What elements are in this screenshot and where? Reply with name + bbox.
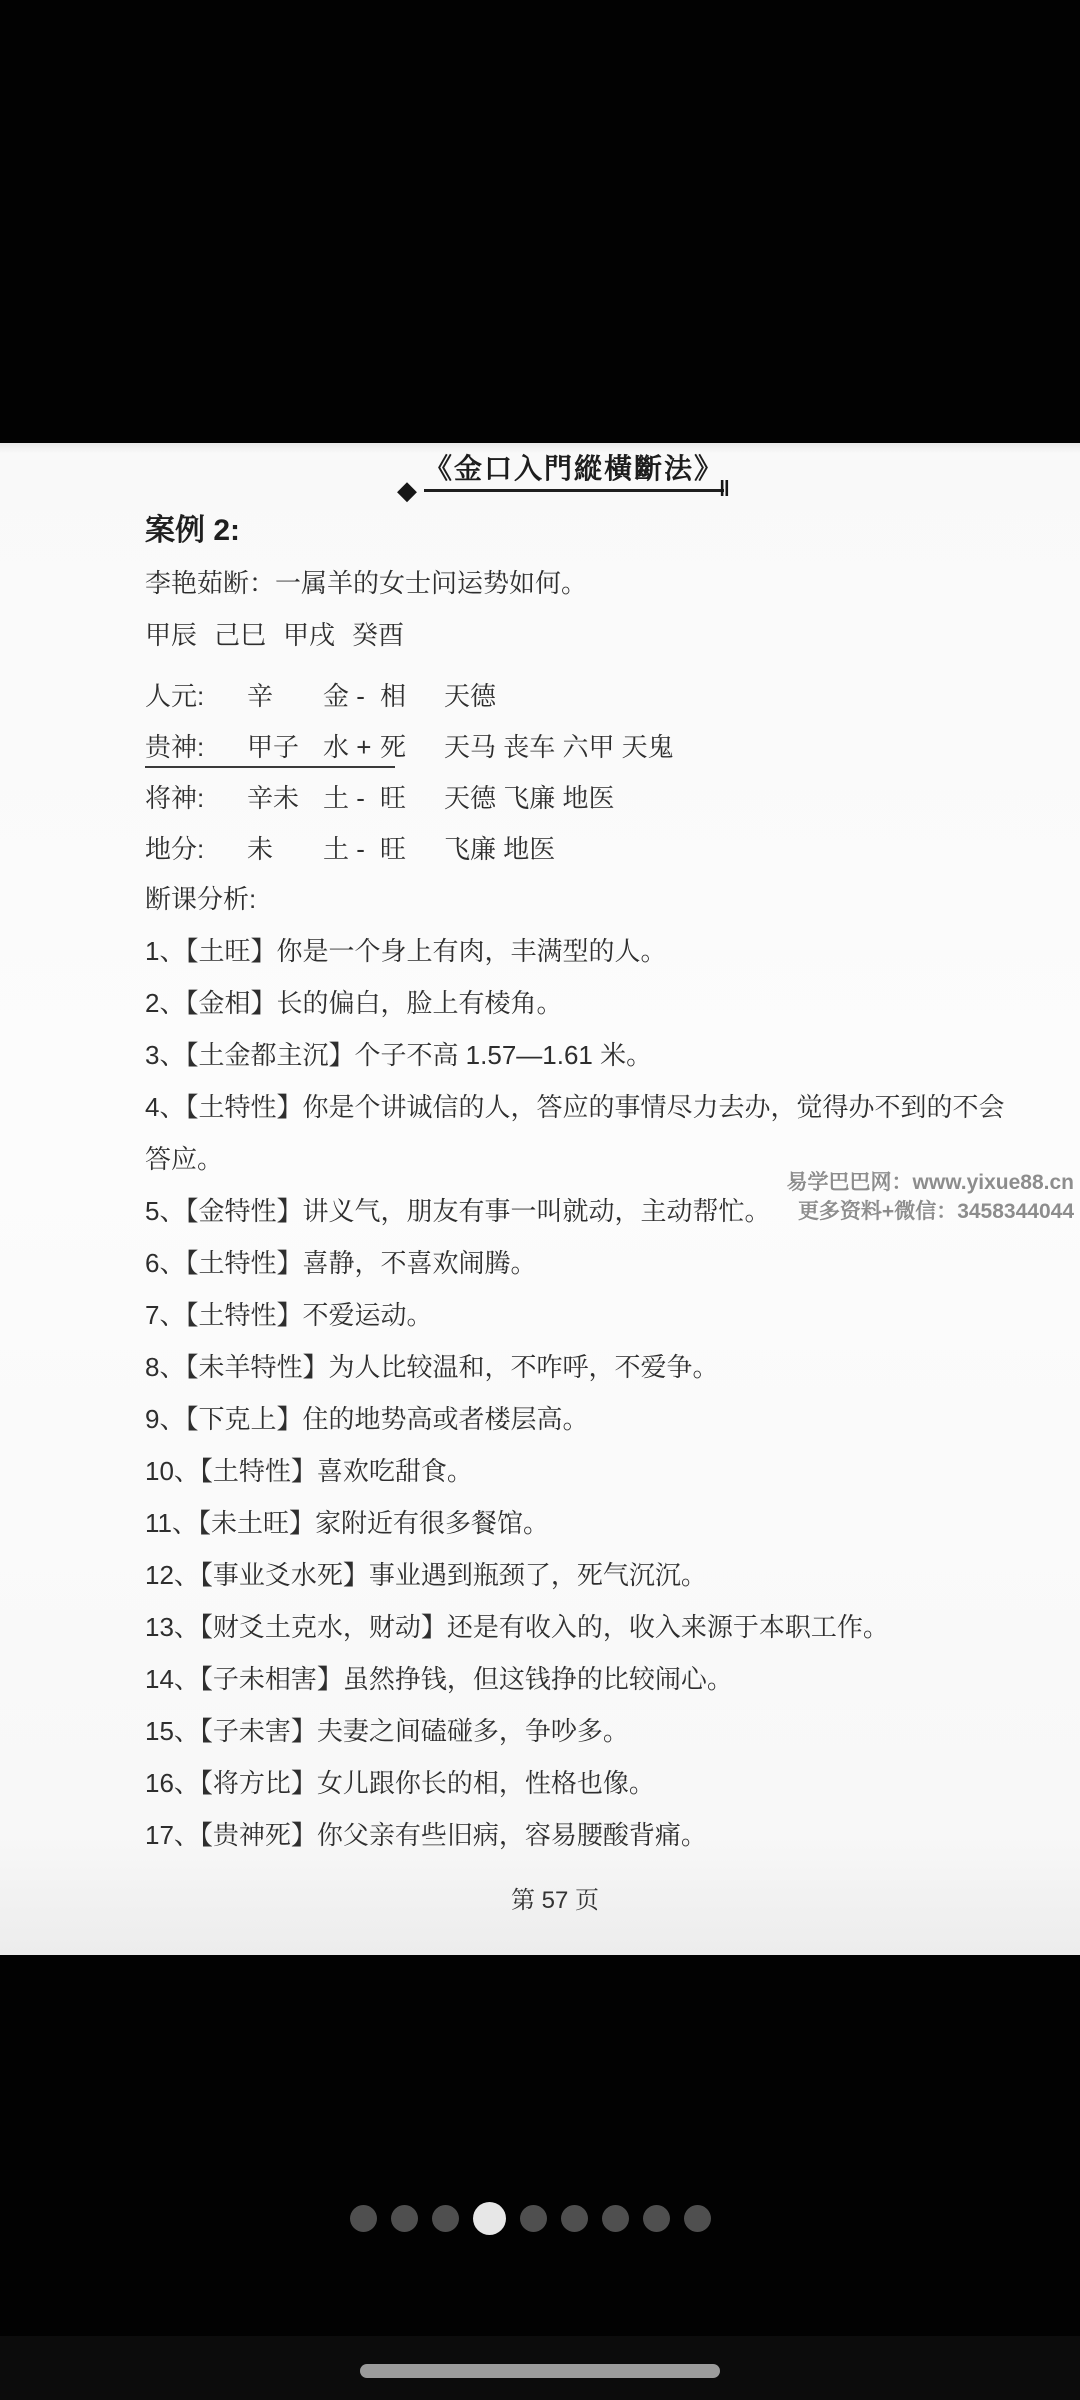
- course-row: 将神:辛未土 -旺天德 飞廉 地医: [145, 771, 1005, 822]
- page-dot[interactable]: [432, 2205, 459, 2232]
- case-title: 案例 2:: [145, 505, 1005, 557]
- analysis-item: 6、【土特性】喜静，不喜欢闹腾。: [145, 1237, 1005, 1289]
- page-dot[interactable]: [602, 2205, 629, 2232]
- analysis-item: 17、【贵神死】你父亲有些旧病，容易腰酸背痛。: [145, 1809, 1005, 1861]
- course-state: 旺: [380, 778, 444, 815]
- course-label: 人元:: [145, 676, 247, 713]
- course-pillar: 辛未: [247, 778, 323, 815]
- course-stars: 天马 丧车 六甲 天鬼: [444, 727, 1005, 764]
- analysis-item: 12、【事业爻水死】事业遇到瓶颈了，死气沉沉。: [145, 1549, 1005, 1601]
- page-dot[interactable]: [643, 2205, 670, 2232]
- page-dot[interactable]: [391, 2205, 418, 2232]
- course-state: 死: [380, 727, 444, 764]
- course-state: 旺: [380, 829, 444, 866]
- analysis-item: 11、【未土旺】家附近有很多餐馆。: [145, 1497, 1005, 1549]
- course-label: 将神:: [145, 778, 247, 815]
- pillar: 癸酉: [352, 609, 404, 661]
- course-stars: 天德 飞廉 地医: [444, 778, 1005, 815]
- pillar: 甲辰: [145, 609, 197, 661]
- page-dot[interactable]: [350, 2205, 377, 2232]
- course-element: 金 -: [323, 676, 380, 713]
- course-row: 地分:未土 -旺飞廉 地医: [145, 822, 1005, 873]
- page-dot-active[interactable]: [473, 2202, 506, 2235]
- analysis-item: 7、【土特性】不爱运动。: [145, 1289, 1005, 1341]
- course-label: 地分:: [145, 829, 247, 866]
- analysis-item: 1、【土旺】你是一个身上有肉，丰满型的人。: [145, 925, 1005, 977]
- course-state: 相: [380, 676, 444, 713]
- analysis-item: 13、【财爻土克水，财动】还是有收入的，收入来源于本职工作。: [145, 1601, 1005, 1653]
- course-stars: 飞廉 地医: [444, 829, 1005, 866]
- course-element: 土 -: [323, 778, 380, 815]
- course-label: 贵神:: [145, 727, 247, 764]
- watermark: 易学巴巴网：www.yixue88.cn 更多资料+微信：3458344044: [787, 1168, 1074, 1226]
- course-stars: 天德: [444, 676, 1005, 713]
- course-table: 人元:辛金 -相天德贵神:甲子水 +死天马 丧车 六甲 天鬼将神:辛未土 -旺天…: [145, 669, 1005, 873]
- pillar: 己巳: [214, 609, 266, 661]
- four-pillars: 甲辰己巳甲戌癸酉: [145, 609, 1005, 661]
- course-element: 土 -: [323, 829, 380, 866]
- page-dot[interactable]: [561, 2205, 588, 2232]
- analysis-item: 9、【下克上】住的地势高或者楼层高。: [145, 1393, 1005, 1445]
- watermark-line1: 易学巴巴网：www.yixue88.cn: [787, 1168, 1074, 1197]
- analysis-item: 2、【金相】长的偏白，脸上有棱角。: [145, 977, 1005, 1029]
- course-row: 贵神:甲子水 +死天马 丧车 六甲 天鬼: [145, 720, 1005, 771]
- course-row: 人元:辛金 -相天德: [145, 669, 1005, 720]
- course-pillar: 未: [247, 829, 323, 866]
- page-dot[interactable]: [684, 2205, 711, 2232]
- analysis-item: 10、【土特性】喜欢吃甜食。: [145, 1445, 1005, 1497]
- analysis-list: 1、【土旺】你是一个身上有肉，丰满型的人。2、【金相】长的偏白，脸上有棱角。3、…: [145, 925, 1005, 1861]
- case-intro: 李艳茹断：一属羊的女士问运势如何。: [145, 557, 1005, 609]
- analysis-item: 3、【土金都主沉】个子不高 1.57—1.61 米。: [145, 1029, 1005, 1081]
- course-element: 水 +: [323, 727, 380, 764]
- analysis-item: 16、【将方比】女儿跟你长的相，性格也像。: [145, 1757, 1005, 1809]
- page-dot[interactable]: [520, 2205, 547, 2232]
- phone-screen: 《金口入門縱橫斷法》 ◆ ‖ 案例 2: 李艳茹断：一属羊的女士问运势如何。 甲…: [0, 0, 1080, 2400]
- analysis-item: 8、【未羊特性】为人比较温和，不咋呼，不爱争。: [145, 1341, 1005, 1393]
- analysis-item: 15、【子未害】夫妻之间磕碰多，争吵多。: [145, 1705, 1005, 1757]
- analysis-item: 14、【子未相害】虽然挣钱，但这钱挣的比较闹心。: [145, 1653, 1005, 1705]
- pillar: 甲戌: [283, 609, 335, 661]
- course-pillar: 甲子: [247, 727, 323, 764]
- watermark-line2: 更多资料+微信：3458344044: [787, 1197, 1074, 1226]
- page-dots: [350, 2200, 711, 2236]
- analysis-heading: 断课分析:: [145, 873, 1005, 925]
- page-number: 第 57 页: [145, 1875, 965, 1927]
- home-indicator[interactable]: [360, 2364, 720, 2378]
- course-pillar: 辛: [247, 676, 323, 713]
